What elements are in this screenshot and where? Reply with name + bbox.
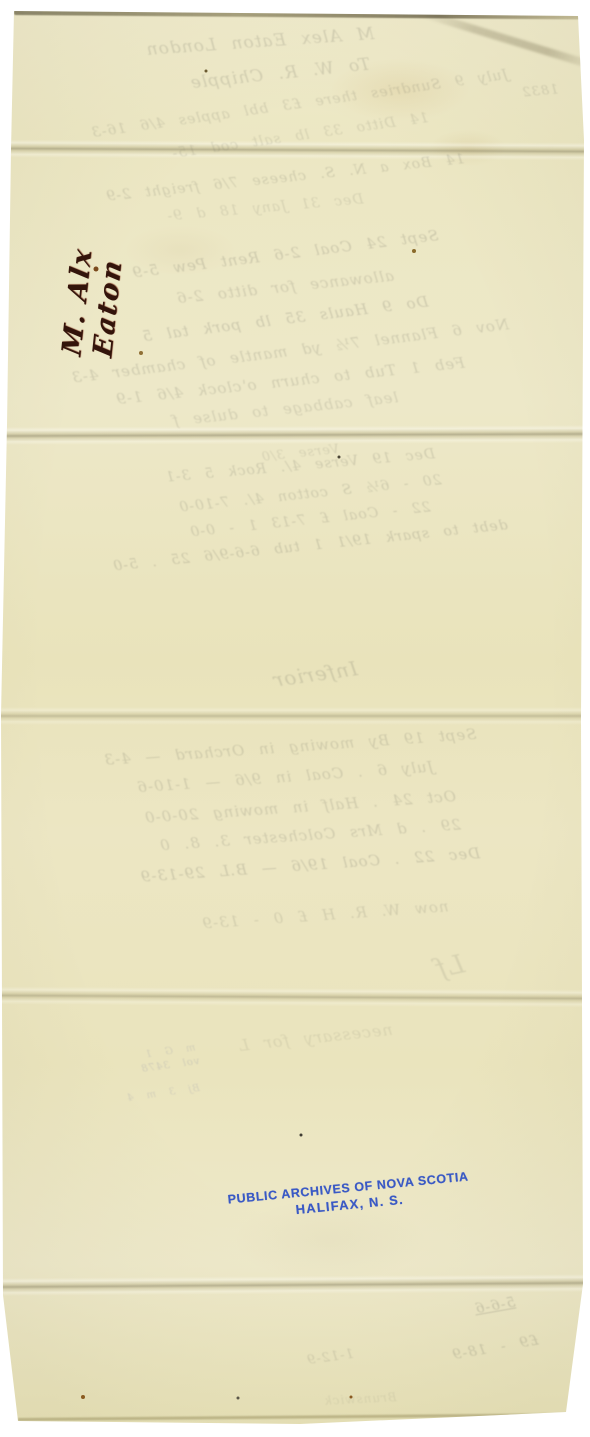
foxing-specks <box>0 0 2 2</box>
fold-crease-4 <box>0 986 590 1007</box>
paper-sheet: M Alex Eaton LondonTo W. R. Chipple1832J… <box>0 0 590 1437</box>
scanned-document: M Alex Eaton LondonTo W. R. Chipple1832J… <box>0 0 590 1437</box>
